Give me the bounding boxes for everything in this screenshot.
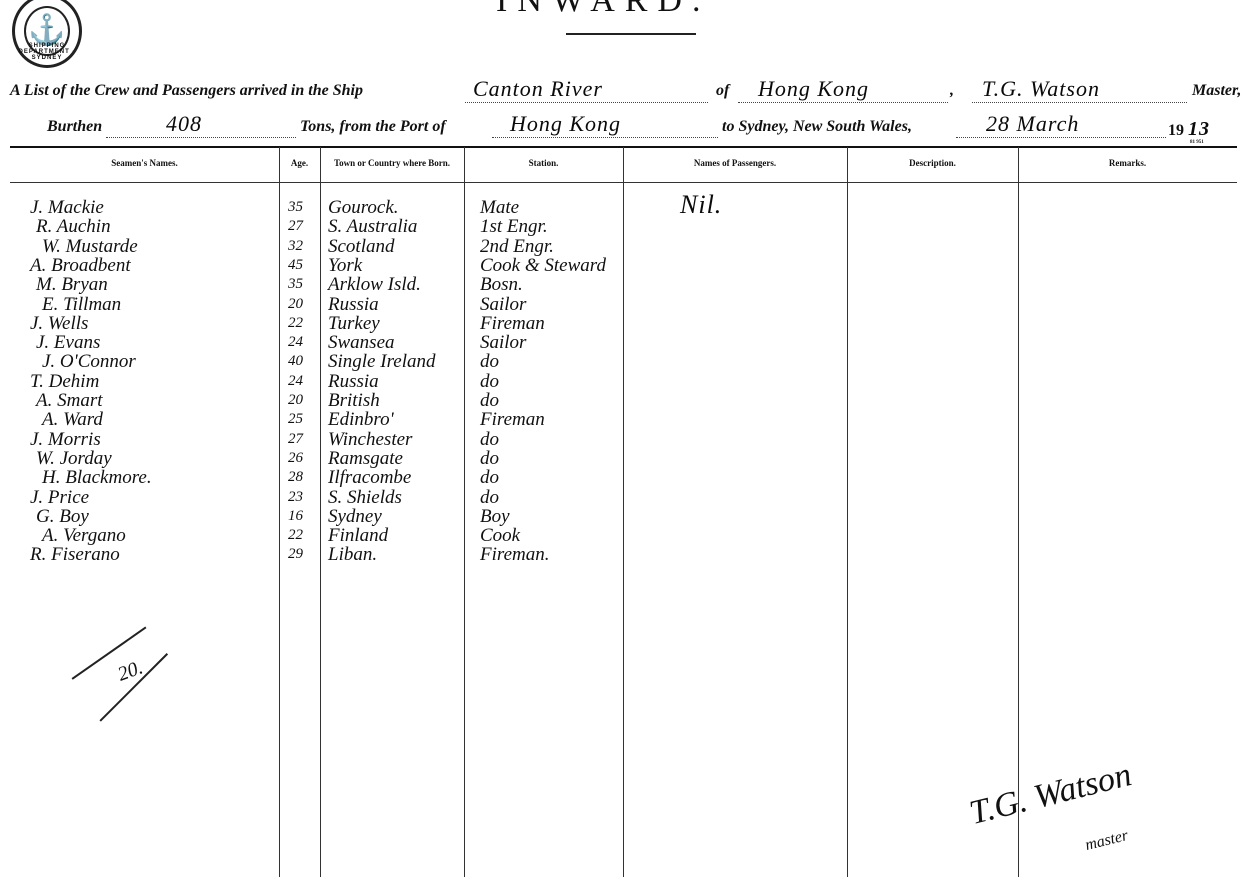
seaman-station: do	[480, 430, 499, 449]
seaman-age: 20	[288, 391, 303, 410]
col-header-birthplace: Town or Country where Born.	[320, 158, 464, 168]
col-header-remarks: Remarks.	[1018, 158, 1237, 168]
seaman-age: 16	[288, 507, 303, 526]
col-header-passengers: Names of Passengers.	[623, 158, 847, 168]
master-name-field: T.G. Watson	[972, 76, 1187, 103]
seaman-station: Bosn.	[480, 275, 523, 294]
seaman-birthplace: Russia	[328, 295, 379, 314]
year-prefix: 19	[1168, 122, 1184, 139]
seaman-birthplace: S. Shields	[328, 488, 402, 507]
column-divider	[464, 147, 465, 877]
seaman-birthplace: S. Australia	[328, 217, 417, 236]
seaman-station: Fireman	[480, 410, 545, 429]
seaman-age: 22	[288, 314, 303, 333]
master-title: master	[1083, 827, 1130, 855]
column-divider	[1018, 147, 1019, 877]
seaman-age: 35	[288, 198, 303, 217]
seaman-station: do	[480, 372, 499, 391]
seaman-birthplace: Arklow Isld.	[328, 275, 421, 294]
col-header-seamen-names: Seamen's Names.	[10, 158, 279, 168]
seaman-birthplace: British	[328, 391, 380, 410]
seaman-age: 32	[288, 237, 303, 256]
destination-label: to Sydney, New South Wales,	[722, 118, 912, 136]
seaman-age: 27	[288, 217, 303, 236]
seaman-station: 1st Engr.	[480, 217, 548, 236]
seaman-name: W. Mustarde	[42, 237, 138, 256]
seaman-birthplace: Scotland	[328, 237, 395, 256]
seal-text: SHIPPING DEPARTMENT · SYDNEY	[15, 43, 79, 61]
from-port-field: Hong Kong	[492, 111, 718, 138]
year: 19 13	[1168, 118, 1210, 141]
seaman-station: Sailor	[480, 333, 526, 352]
ship-name-field: Canton River	[465, 76, 708, 103]
seaman-station: Fireman.	[480, 545, 549, 564]
seaman-name: E. Tillman	[42, 295, 121, 314]
seaman-age: 45	[288, 256, 303, 275]
seaman-name: T. Dehim	[30, 372, 99, 391]
seaman-station: do	[480, 449, 499, 468]
seaman-name: M. Bryan	[36, 275, 108, 294]
arrival-date: 28 March	[956, 111, 1079, 136]
ship-of-field: Hong Kong	[738, 76, 948, 103]
seaman-age: 28	[288, 468, 303, 487]
seaman-name: G. Boy	[36, 507, 89, 526]
seaman-station: Boy	[480, 507, 510, 526]
of-label: of	[716, 82, 729, 100]
seaman-age: 25	[288, 410, 303, 429]
seaman-station: do	[480, 352, 499, 371]
seaman-name: J. Mackie	[30, 198, 104, 217]
seaman-age: 22	[288, 526, 303, 545]
seaman-age: 20	[288, 295, 303, 314]
seaman-birthplace: Turkey	[328, 314, 380, 333]
ship-of: Hong Kong	[738, 76, 869, 101]
seaman-birthplace: Winchester	[328, 430, 412, 449]
seaman-station: Sailor	[480, 295, 526, 314]
seaman-name: W. Jorday	[36, 449, 112, 468]
form-number: 81 951	[1190, 140, 1204, 145]
master-signature: T.G. Watson	[966, 756, 1136, 833]
seaman-age: 24	[288, 372, 303, 391]
column-divider	[847, 147, 848, 877]
seaman-name: J. O'Connor	[42, 352, 136, 371]
seaman-age: 26	[288, 449, 303, 468]
list-heading-prefix: A List of the Crew and Passengers arrive…	[10, 82, 363, 100]
seaman-name: A. Vergano	[42, 526, 126, 545]
seaman-birthplace: Gourock.	[328, 198, 399, 217]
burthen-field: 408	[106, 111, 296, 138]
comma: ,	[950, 82, 954, 100]
seaman-name: J. Morris	[30, 430, 101, 449]
seaman-birthplace: Ramsgate	[328, 449, 403, 468]
seaman-birthplace: Swansea	[328, 333, 395, 352]
title-rule	[566, 33, 696, 35]
seaman-station: Cook & Steward	[480, 256, 606, 275]
burthen-value: 408	[106, 111, 202, 136]
arrival-date-field: 28 March	[956, 111, 1166, 138]
seaman-age: 35	[288, 275, 303, 294]
seaman-station: do	[480, 468, 499, 487]
seaman-name: R. Fiserano	[30, 545, 120, 564]
seaman-name: J. Wells	[30, 314, 88, 333]
year-suffix: 13	[1188, 118, 1210, 140]
shipping-department-seal: ⚓ SHIPPING DEPARTMENT · SYDNEY	[12, 0, 82, 68]
column-divider	[320, 147, 321, 877]
seaman-name: J. Price	[30, 488, 89, 507]
seaman-birthplace: Finland	[328, 526, 388, 545]
column-divider	[623, 147, 624, 877]
seaman-station: Cook	[480, 526, 520, 545]
seaman-station: 2nd Engr.	[480, 237, 554, 256]
seaman-birthplace: Sydney	[328, 507, 382, 526]
col-header-station: Station.	[464, 158, 623, 168]
seaman-age: 40	[288, 352, 303, 371]
ship-name: Canton River	[465, 76, 603, 101]
passengers-entry: Nil.	[680, 190, 722, 220]
seaman-birthplace: Ilfracombe	[328, 468, 411, 487]
from-port: Hong Kong	[492, 111, 621, 136]
seaman-age: 24	[288, 333, 303, 352]
seaman-birthplace: Russia	[328, 372, 379, 391]
seaman-station: do	[480, 488, 499, 507]
page-title: INWARD.	[496, 0, 710, 20]
seaman-age: 27	[288, 430, 303, 449]
seaman-name: R. Auchin	[36, 217, 111, 236]
column-divider	[279, 147, 280, 877]
seaman-birthplace: Liban.	[328, 545, 377, 564]
master-label: Master,	[1192, 82, 1241, 100]
seaman-name: A. Broadbent	[30, 256, 131, 275]
seaman-station: Fireman	[480, 314, 545, 333]
seaman-birthplace: Edinbro'	[328, 410, 394, 429]
seaman-station: Mate	[480, 198, 519, 217]
seaman-birthplace: York	[328, 256, 362, 275]
col-header-description: Description.	[847, 158, 1018, 168]
seaman-birthplace: Single Ireland	[328, 352, 435, 371]
master-name: T.G. Watson	[972, 76, 1100, 101]
seaman-age: 29	[288, 545, 303, 564]
seaman-age: 23	[288, 488, 303, 507]
seaman-name: A. Ward	[42, 410, 103, 429]
burthen-label: Burthen	[47, 118, 102, 136]
seaman-station: do	[480, 391, 499, 410]
seaman-name: J. Evans	[36, 333, 100, 352]
col-header-age: Age.	[279, 158, 320, 168]
seaman-name: A. Smart	[36, 391, 103, 410]
seaman-name: H. Blackmore.	[42, 468, 152, 487]
crew-count-tally: 20.	[115, 656, 146, 686]
tons-label: Tons, from the Port of	[300, 118, 446, 136]
